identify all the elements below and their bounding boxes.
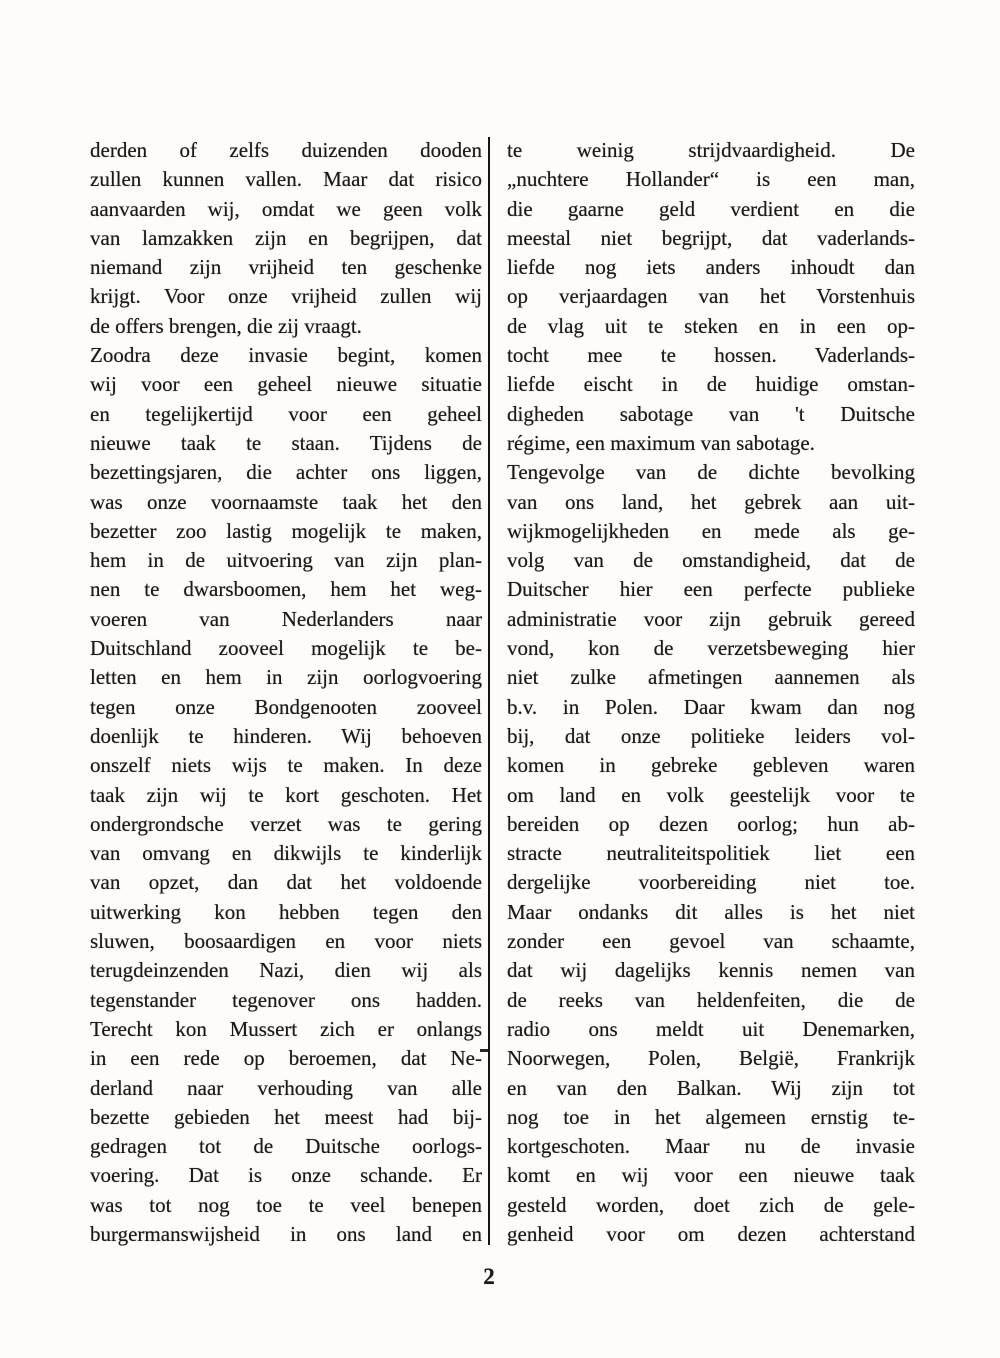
text-line: digheden sabotage van 't Duitsche	[507, 400, 915, 429]
text-line: zonder een gevoel van schaamte,	[507, 927, 915, 956]
text-line: meestal niet begrijpt, dat vaderlands-	[507, 224, 915, 253]
text-line: liefde eischt in de huidige omstan-	[507, 370, 915, 399]
text-line: genheid voor om dezen achterstand	[507, 1220, 915, 1249]
text-line: om land en volk geestelijk voor te	[507, 781, 915, 810]
text-line: uitwerking kon hebben tegen den	[90, 898, 482, 927]
text-line: sluwen, boosaardigen en voor niets	[90, 927, 482, 956]
text-line: burgermanswijsheid in ons land en	[90, 1220, 482, 1249]
text-line: op verjaardagen van het Vorstenhuis	[507, 282, 915, 311]
text-line: die gaarne geld verdient en die	[507, 195, 915, 224]
text-line: Tengevolge van de dichte bevolking	[507, 458, 915, 487]
text-line: Maar ondanks dit alles is het niet	[507, 898, 915, 927]
text-line: voering. Dat is onze schande. Er	[90, 1161, 482, 1190]
text-line: letten en hem in zijn oorlogvoering	[90, 663, 482, 692]
text-line: van ons land, het gebrek aan uit-	[507, 488, 915, 517]
text-line: tegen onze Bondgenooten zooveel	[90, 693, 482, 722]
text-line: niemand zijn vrijheid ten geschenke	[90, 253, 482, 282]
text-line: dat wij dagelijks kennis nemen van	[507, 956, 915, 985]
text-line: van opzet, dan dat het voldoende	[90, 868, 482, 897]
text-line: van omvang en dikwijls te kinderlijk	[90, 839, 482, 868]
text-line: in een rede op beroemen, dat Ne-	[90, 1044, 482, 1073]
text-line: nog toe in het algemeen ernstig te-	[507, 1103, 915, 1132]
text-line: nieuwe taak te staan. Tijdens de	[90, 429, 482, 458]
text-line: van lamzakken zijn en begrijpen, dat	[90, 224, 482, 253]
text-line: bezetter zoo lastig mogelijk te maken,	[90, 517, 482, 546]
text-line: taak zijn wij te kort geschoten. Het	[90, 781, 482, 810]
text-line: de offers brengen, die zij vraagt.	[90, 312, 482, 341]
text-line: Duitscher hier een perfecte publieke	[507, 575, 915, 604]
text-line: zullen kunnen vallen. Maar dat risico	[90, 165, 482, 194]
text-line: hem in de uitvoering van zijn plan-	[90, 546, 482, 575]
text-line: bereiden op dezen oorlog; hun ab-	[507, 810, 915, 839]
text-line: was onze voornaamste taak het den	[90, 488, 482, 517]
text-line: régime, een maximum van sabotage.	[507, 429, 915, 458]
text-line: dergelijke voorbereiding niet toe.	[507, 868, 915, 897]
text-line: administratie voor zijn gebruik gereed	[507, 605, 915, 634]
text-line: bezettingsjaren, die achter ons liggen,	[90, 458, 482, 487]
text-line: nen te dwarsboomen, hem het weg-	[90, 575, 482, 604]
text-line: te weinig strijdvaardigheid. De	[507, 136, 915, 165]
text-line: ondergrondsche verzet was te gering	[90, 810, 482, 839]
text-line: komt en wij voor een nieuwe taak	[507, 1161, 915, 1190]
text-line: Zoodra deze invasie begint, komen	[90, 341, 482, 370]
scanned-book-page: derden of zelfs duizenden doodenzullen k…	[0, 0, 1000, 1358]
text-line: bij, dat onze politieke leiders vol-	[507, 722, 915, 751]
text-line: en van den Balkan. Wij zijn tot	[507, 1074, 915, 1103]
text-line: gesteld worden, doet zich de gele-	[507, 1191, 915, 1220]
text-line: gedragen tot de Duitsche oorlogs-	[90, 1132, 482, 1161]
text-line: bezette gebieden het meest had bij-	[90, 1103, 482, 1132]
text-line: derden of zelfs duizenden dooden	[90, 136, 482, 165]
text-line: en tegelijkertijd voor een geheel	[90, 400, 482, 429]
text-line: Terecht kon Mussert zich er onlangs	[90, 1015, 482, 1044]
page-number: 2	[0, 1264, 978, 1290]
text-line: vond, kon de verzetsbeweging hier	[507, 634, 915, 663]
text-line: volg van de omstandigheid, dat de	[507, 546, 915, 575]
text-line: de reeks van heldenfeiten, die de	[507, 986, 915, 1015]
text-line: wijkmogelijkheden en mede als ge-	[507, 517, 915, 546]
text-line: wij voor een geheel nieuwe situatie	[90, 370, 482, 399]
text-line: komen in gebreke gebleven waren	[507, 751, 915, 780]
text-line: Duitschland zooveel mogelijk te be-	[90, 634, 482, 663]
text-line: voeren van Nederlanders naar	[90, 605, 482, 634]
text-line: „nuchtere Hollander“ is een man,	[507, 165, 915, 194]
text-line: de vlag uit te steken en in een op-	[507, 312, 915, 341]
text-line: krijgt. Voor onze vrijheid zullen wij	[90, 282, 482, 311]
text-line: radio ons meldt uit Denemarken,	[507, 1015, 915, 1044]
text-line: b.v. in Polen. Daar kwam dan nog	[507, 693, 915, 722]
text-line: Noorwegen, Polen, België, Frankrijk	[507, 1044, 915, 1073]
text-line: onszelf niets wijs te maken. In deze	[90, 751, 482, 780]
text-line: liefde nog iets anders inhoudt dan	[507, 253, 915, 282]
text-line: tocht mee te hossen. Vaderlands-	[507, 341, 915, 370]
text-line: stracte neutraliteitspolitiek liet een	[507, 839, 915, 868]
right-text-column: te weinig strijdvaardigheid. De„nuchtere…	[507, 136, 915, 1249]
left-text-column: derden of zelfs duizenden doodenzullen k…	[90, 136, 482, 1249]
text-line: was tot nog toe te veel benepen	[90, 1191, 482, 1220]
text-line: niet zulke afmetingen aannemen als	[507, 663, 915, 692]
text-line: terugdeinzenden Nazi, dien wij als	[90, 956, 482, 985]
scan-artifact-mark	[480, 1049, 488, 1052]
text-line: tegenstander tegenover ons hadden.	[90, 986, 482, 1015]
text-line: doenlijk te hinderen. Wij behoeven	[90, 722, 482, 751]
text-line: kortgeschoten. Maar nu de invasie	[507, 1132, 915, 1161]
text-line: derland naar verhouding van alle	[90, 1074, 482, 1103]
text-line: aanvaarden wij, omdat we geen volk	[90, 195, 482, 224]
column-divider-rule	[488, 137, 490, 1245]
